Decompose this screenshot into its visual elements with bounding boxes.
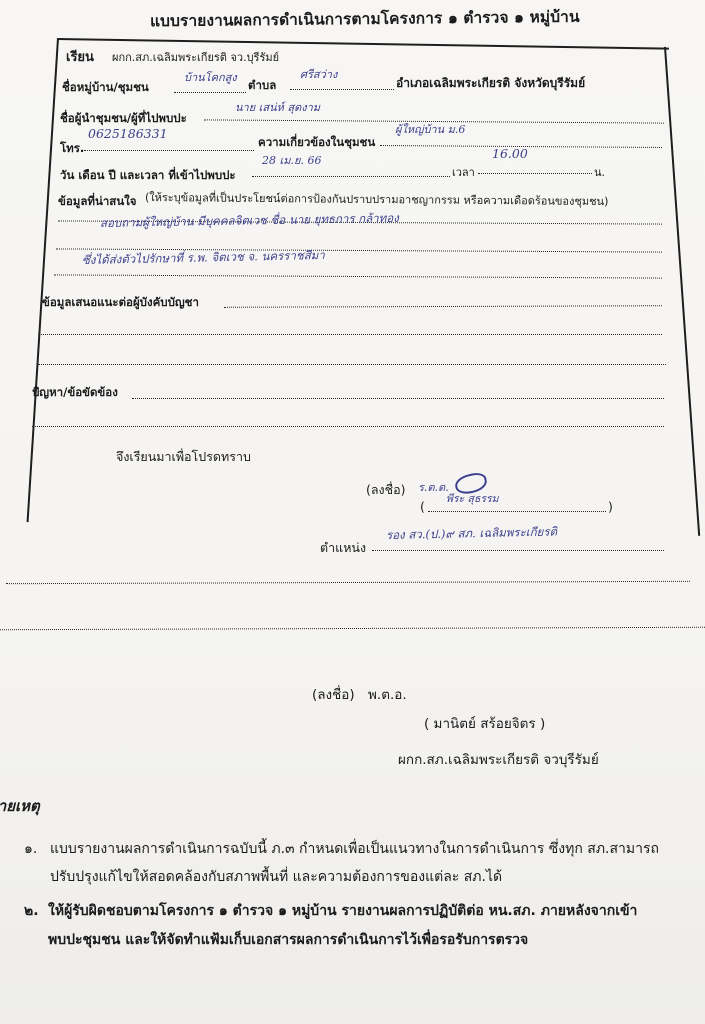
approval-position: ผกก.สภ.เฉลิมพระเกียรติ จวบุรีรัมย์: [398, 748, 599, 770]
approval-name: ( มานิตย์ สร้อยจิตร ): [424, 712, 545, 734]
relation-label: ความเกี่ยวข้องในชุมชน: [258, 134, 375, 152]
info-hint: (ให้ระบุข้อมูลที่เป็นประโยชน์ต่อการป้องก…: [145, 188, 609, 210]
time-label: เวลา: [452, 163, 475, 181]
subdistrict-label: ตำบล: [248, 77, 276, 95]
to-label: เรียน: [66, 46, 94, 67]
relation-value[interactable]: ผู้ใหญ่บ้าน ม.6: [395, 120, 465, 138]
signer-name-close-paren: ): [608, 499, 613, 514]
info-line-1[interactable]: สอบถามผู้ใหญ่บ้าน มีบุคคลจิตเวช ชื่อ นาย…: [100, 210, 399, 233]
info-line-2[interactable]: ซึ่งได้ส่งตัวไปรักษาที่ ร.พ. จิตเวช จ. น…: [82, 247, 325, 270]
closing-text: จึงเรียนมาเพื่อโปรดทราบ: [116, 447, 251, 467]
box-left-border: [27, 38, 59, 522]
signer-name-open-paren: (: [420, 499, 425, 514]
leader-value[interactable]: นาย เสน่ห์ สุดงาม: [235, 98, 320, 116]
district-province-label: อำเภอเฉลิมพระเกียรติ จังหวัดบุรีรัมย์: [396, 74, 585, 93]
scanned-form-page: แบบรายงานผลการดำเนินการตามโครงการ ๑ ตำรว…: [0, 0, 705, 1024]
phone-value[interactable]: 0625186331: [88, 126, 168, 141]
village-value[interactable]: บ้านโคกสูง: [184, 68, 237, 86]
remark-2-line-1: ให้ผู้รับผิดชอบตามโครงการ ๑ ตำรวจ ๑ หมู่…: [48, 900, 637, 922]
to-value: ผกก.สภ.เฉลิมพระเกียรติ จว.บุรีรัมย์: [112, 48, 279, 66]
position-label: ตำแหน่ง: [320, 538, 366, 558]
signer-rank: ร.ต.ต.: [418, 478, 449, 496]
suggest-label: ข้อมูลเสนอแนะต่อผู้บังคับบัญชา: [42, 294, 199, 312]
remark-1-number: ๑.: [24, 838, 37, 860]
box-right-border: [664, 47, 700, 536]
remark-2-line-2: พบปะชุมชน และให้จัดทำแฟ้มเก็บเอกสารผลการ…: [48, 929, 528, 951]
info-label: ข้อมูลที่น่าสนใจ: [58, 193, 137, 211]
problem-label: ปัญหา/ข้อขัดข้อง: [32, 384, 118, 402]
time-value[interactable]: 16.00: [492, 146, 528, 161]
position-value[interactable]: รอง สว.(ป.)๙ สภ. เฉลิมพระเกียรติ: [386, 523, 557, 545]
phone-label: โทร.: [60, 140, 84, 158]
approval-sign-label: (ลงชื่อ): [312, 683, 355, 705]
village-label: ชื่อหมู่บ้าน/ชุมชน: [62, 79, 149, 97]
signer-name[interactable]: พีระ สุธรรม: [446, 490, 499, 507]
date-label: วัน เดือน ปี และเวลา ที่เข้าไปพบปะ: [60, 167, 236, 185]
remark-1-line-2: ปรับปรุงแก้ไขให้สอดคล้องกับสภาพพื้นที่ แ…: [50, 866, 502, 888]
time-unit: น.: [594, 163, 605, 181]
remark-2-number: ๒.: [24, 900, 39, 922]
form-title: แบบรายงานผลการดำเนินการตามโครงการ ๑ ตำรว…: [150, 4, 580, 33]
remarks-heading: หมายเหตุ: [0, 794, 40, 818]
sign-label: (ลงชื่อ): [366, 480, 406, 500]
subdistrict-value[interactable]: ศรีสว่าง: [300, 65, 337, 83]
approval-rank: พ.ต.อ.: [368, 683, 407, 705]
date-value[interactable]: 28 เม.ย. 66: [262, 151, 321, 169]
remark-1-line-1: แบบรายงานผลการดำเนินการฉบับนี้ ภ.๓ กำหนด…: [50, 838, 659, 860]
